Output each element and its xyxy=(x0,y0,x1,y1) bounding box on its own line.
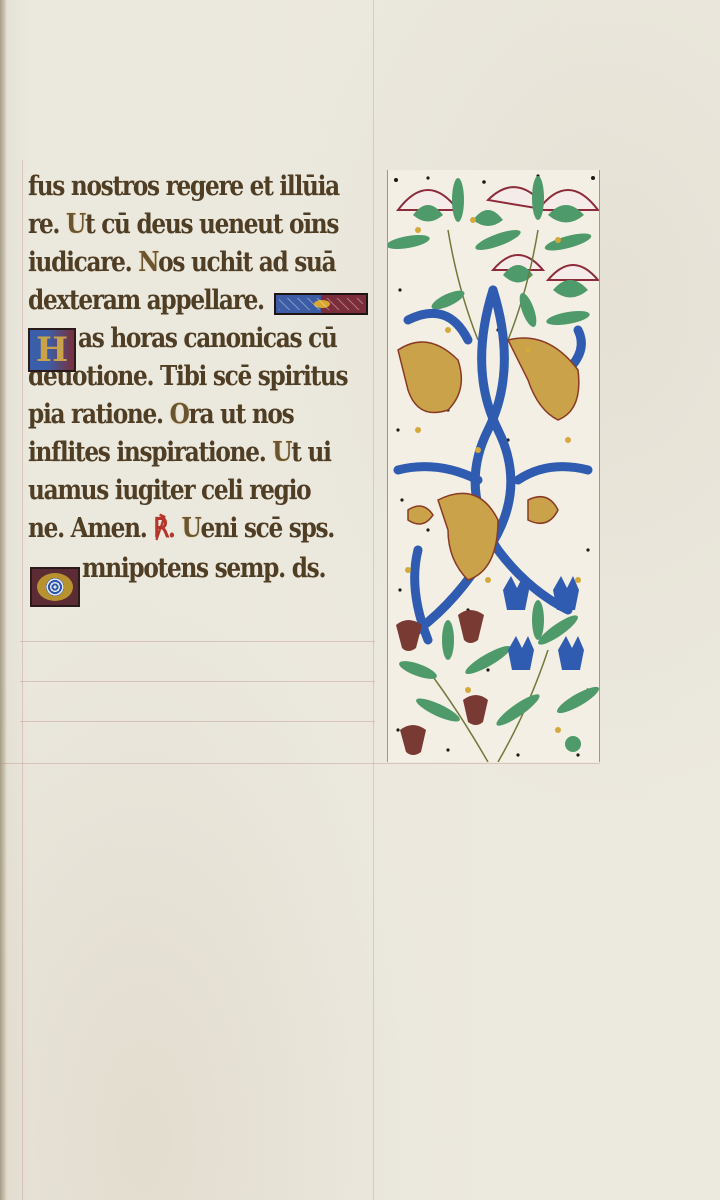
touched-capital: O xyxy=(170,399,189,430)
floral-border-illustration xyxy=(388,170,599,762)
ruling-vertical-left xyxy=(22,160,23,1200)
line-text: uamus iugiter celi regio xyxy=(28,475,310,506)
ruling-line xyxy=(20,681,375,682)
decorated-initial-o xyxy=(30,567,80,607)
spiral-ornament-icon xyxy=(46,578,64,596)
line-text xyxy=(175,513,182,544)
line-text: pia ratione. xyxy=(28,399,170,430)
text-line-7: pia ratione. Ora ut nos xyxy=(28,396,293,434)
rubric-response-sign: ℟. xyxy=(153,513,174,544)
illuminated-border-panel xyxy=(387,170,600,762)
text-line-5: as horas canonicas cū xyxy=(78,320,337,358)
gold-acanthus-icons xyxy=(398,338,579,580)
text-line-4: dexteram appellare. xyxy=(28,282,264,320)
ruling-vertical-center xyxy=(373,0,374,1200)
text-line-3: iudicare. Nos uchit ad suā xyxy=(28,244,335,282)
line-text: eni scē sps. xyxy=(200,513,334,544)
line-text: os uchit ad suā xyxy=(158,247,335,278)
text-line-1: fus nostros regere et illūia xyxy=(28,168,339,206)
touched-capital: U xyxy=(182,513,201,544)
line-text: t ui xyxy=(291,437,330,468)
line-text: t cū deus ueneut oīns xyxy=(85,209,338,240)
initial-letter: H xyxy=(36,330,68,370)
text-line-2: re. Ut cū deus ueneut oīns xyxy=(28,206,338,244)
text-line-11: mnipotens semp. ds. xyxy=(82,550,325,588)
line-text: re. xyxy=(28,209,66,240)
line-text: fus nostros regere et illūia xyxy=(28,171,339,202)
line-text: as horas canonicas cū xyxy=(78,323,337,354)
bell-flower-icons xyxy=(396,610,488,755)
text-line-10: ne. Amen. ℟. Ueni scē sps. xyxy=(28,510,334,548)
ruling-line xyxy=(0,763,600,764)
touched-capital: U xyxy=(66,209,85,240)
line-filler-ornament xyxy=(274,293,368,315)
page-gutter-shadow xyxy=(0,0,6,1200)
initial-o-bowl xyxy=(37,573,73,601)
ruling-line xyxy=(20,721,375,722)
line-text: iudicare. xyxy=(28,247,138,278)
touched-capital: N xyxy=(138,247,158,278)
line-text: ne. Amen. xyxy=(28,513,153,544)
line-text: inflites inspiratione. xyxy=(28,437,272,468)
line-text: dexteram appellare. xyxy=(28,285,264,316)
text-line-9: uamus iugiter celi regio xyxy=(28,472,310,510)
line-text: mnipotens semp. ds. xyxy=(82,553,325,584)
touched-capital: U xyxy=(272,437,291,468)
decorated-initial-h: H xyxy=(28,328,76,372)
ruling-line xyxy=(20,641,375,642)
line-text: ra ut nos xyxy=(189,399,294,430)
text-line-8: inflites inspiratione. Ut ui xyxy=(28,434,331,472)
